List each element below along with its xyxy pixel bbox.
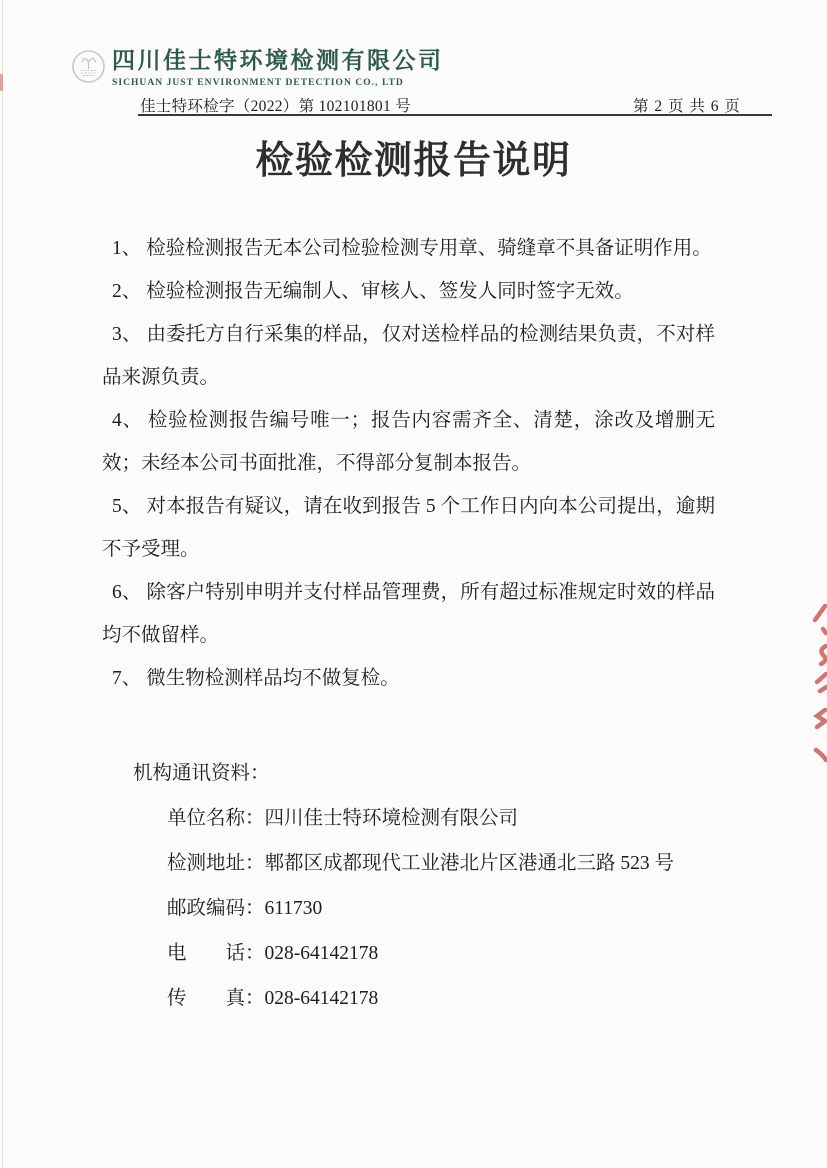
company-logo-icon (71, 48, 107, 91)
note-number: 2、 (112, 281, 141, 302)
company-name-en: SICHUAN JUST ENVIRONMENT DETECTION CO., … (112, 78, 444, 88)
contact-label: 邮政编码： (167, 886, 265, 931)
contact-value: 611730 (265, 898, 323, 919)
red-seal-edge-fragment-icon (809, 598, 827, 768)
contact-row-fax: 传 真：028-64142178 (167, 976, 674, 1021)
note-number: 6、 (112, 582, 141, 603)
scanned-report-page: 四川佳士特环境检测有限公司 SICHUAN JUST ENVIRONMENT D… (0, 0, 827, 1168)
contact-row-phone: 电 话：028-64142178 (167, 931, 674, 976)
contact-label: 电 话： (167, 931, 265, 976)
note-text: 检验检测报告无编制人、审核人、签发人同时签字无效。 (146, 281, 634, 302)
note-number: 7、 (112, 668, 141, 689)
contact-value: 郫都区成都现代工业港北片区港通北三路 523 号 (265, 853, 675, 874)
page-indicator: 第 2 页 共 6 页 (633, 94, 741, 116)
note-number: 3、 (112, 324, 141, 345)
company-name: 四川佳士特环境检测有限公司 (112, 47, 444, 75)
note-item-5: 5、对本报告有疑议，请在收到报告 5 个工作日内向本公司提出，逾期不予受理。 (102, 485, 715, 571)
contact-label: 传 真： (167, 976, 265, 1021)
contact-row-address: 检测地址：郫都区成都现代工业港北片区港通北三路 523 号 (167, 841, 674, 886)
contact-row-company: 单位名称：四川佳士特环境检测有限公司 (167, 796, 674, 841)
notes-list: 1、检验检测报告无本公司检验检测专用章、骑缝章不具备证明作用。 2、检验检测报告… (102, 227, 715, 700)
contact-heading: 机构通讯资料： (133, 751, 674, 796)
note-text: 除客户特别申明并支付样品管理费，所有超过标准规定时效的样品均不做留样。 (102, 582, 715, 646)
note-item-1: 1、检验检测报告无本公司检验检测专用章、骑缝章不具备证明作用。 (102, 227, 715, 270)
contact-value: 四川佳士特环境检测有限公司 (265, 808, 519, 829)
note-text: 由委托方自行采集的样品，仅对送检样品的检测结果负责，不对样品来源负责。 (102, 324, 715, 388)
note-number: 1、 (112, 238, 141, 259)
note-item-6: 6、除客户特别申明并支付样品管理费，所有超过标准规定时效的样品均不做留样。 (102, 571, 715, 657)
note-number: 4、 (112, 410, 143, 431)
reference-number: 佳士特环检字（2022）第 102101801 号 (140, 94, 411, 116)
red-mark-artifact (0, 74, 3, 91)
note-text: 检验检测报告无本公司检验检测专用章、骑缝章不具备证明作用。 (146, 238, 712, 259)
note-number: 5、 (112, 496, 141, 517)
note-item-2: 2、检验检测报告无编制人、审核人、签发人同时签字无效。 (102, 270, 715, 313)
note-item-4: 4、检验检测报告编号唯一；报告内容需齐全、清楚，涂改及增删无效；未经本公司书面批… (102, 399, 715, 485)
contact-value: 028-64142178 (265, 988, 379, 1009)
document-title: 检验检测报告说明 (0, 129, 827, 184)
note-text: 检验检测报告编号唯一；报告内容需齐全、清楚，涂改及增删无效；未经本公司书面批准，… (102, 410, 715, 474)
note-item-7: 7、微生物检测样品均不做复检。 (102, 657, 715, 700)
contact-label: 单位名称： (167, 796, 265, 841)
company-header: 四川佳士特环境检测有限公司 SICHUAN JUST ENVIRONMENT D… (112, 47, 444, 88)
note-item-3: 3、由委托方自行采集的样品，仅对送检样品的检测结果负责，不对样品来源负责。 (102, 313, 715, 399)
note-text: 对本报告有疑议，请在收到报告 5 个工作日内向本公司提出，逾期不予受理。 (102, 496, 715, 560)
contact-section: 机构通讯资料： 单位名称：四川佳士特环境检测有限公司 检测地址：郫都区成都现代工… (133, 751, 674, 1021)
header-rule (138, 114, 772, 116)
note-text: 微生物检测样品均不做复检。 (146, 668, 400, 689)
contact-value: 028-64142178 (265, 943, 379, 964)
contact-row-postcode: 邮政编码：611730 (167, 886, 674, 931)
contact-label: 检测地址： (167, 841, 265, 886)
